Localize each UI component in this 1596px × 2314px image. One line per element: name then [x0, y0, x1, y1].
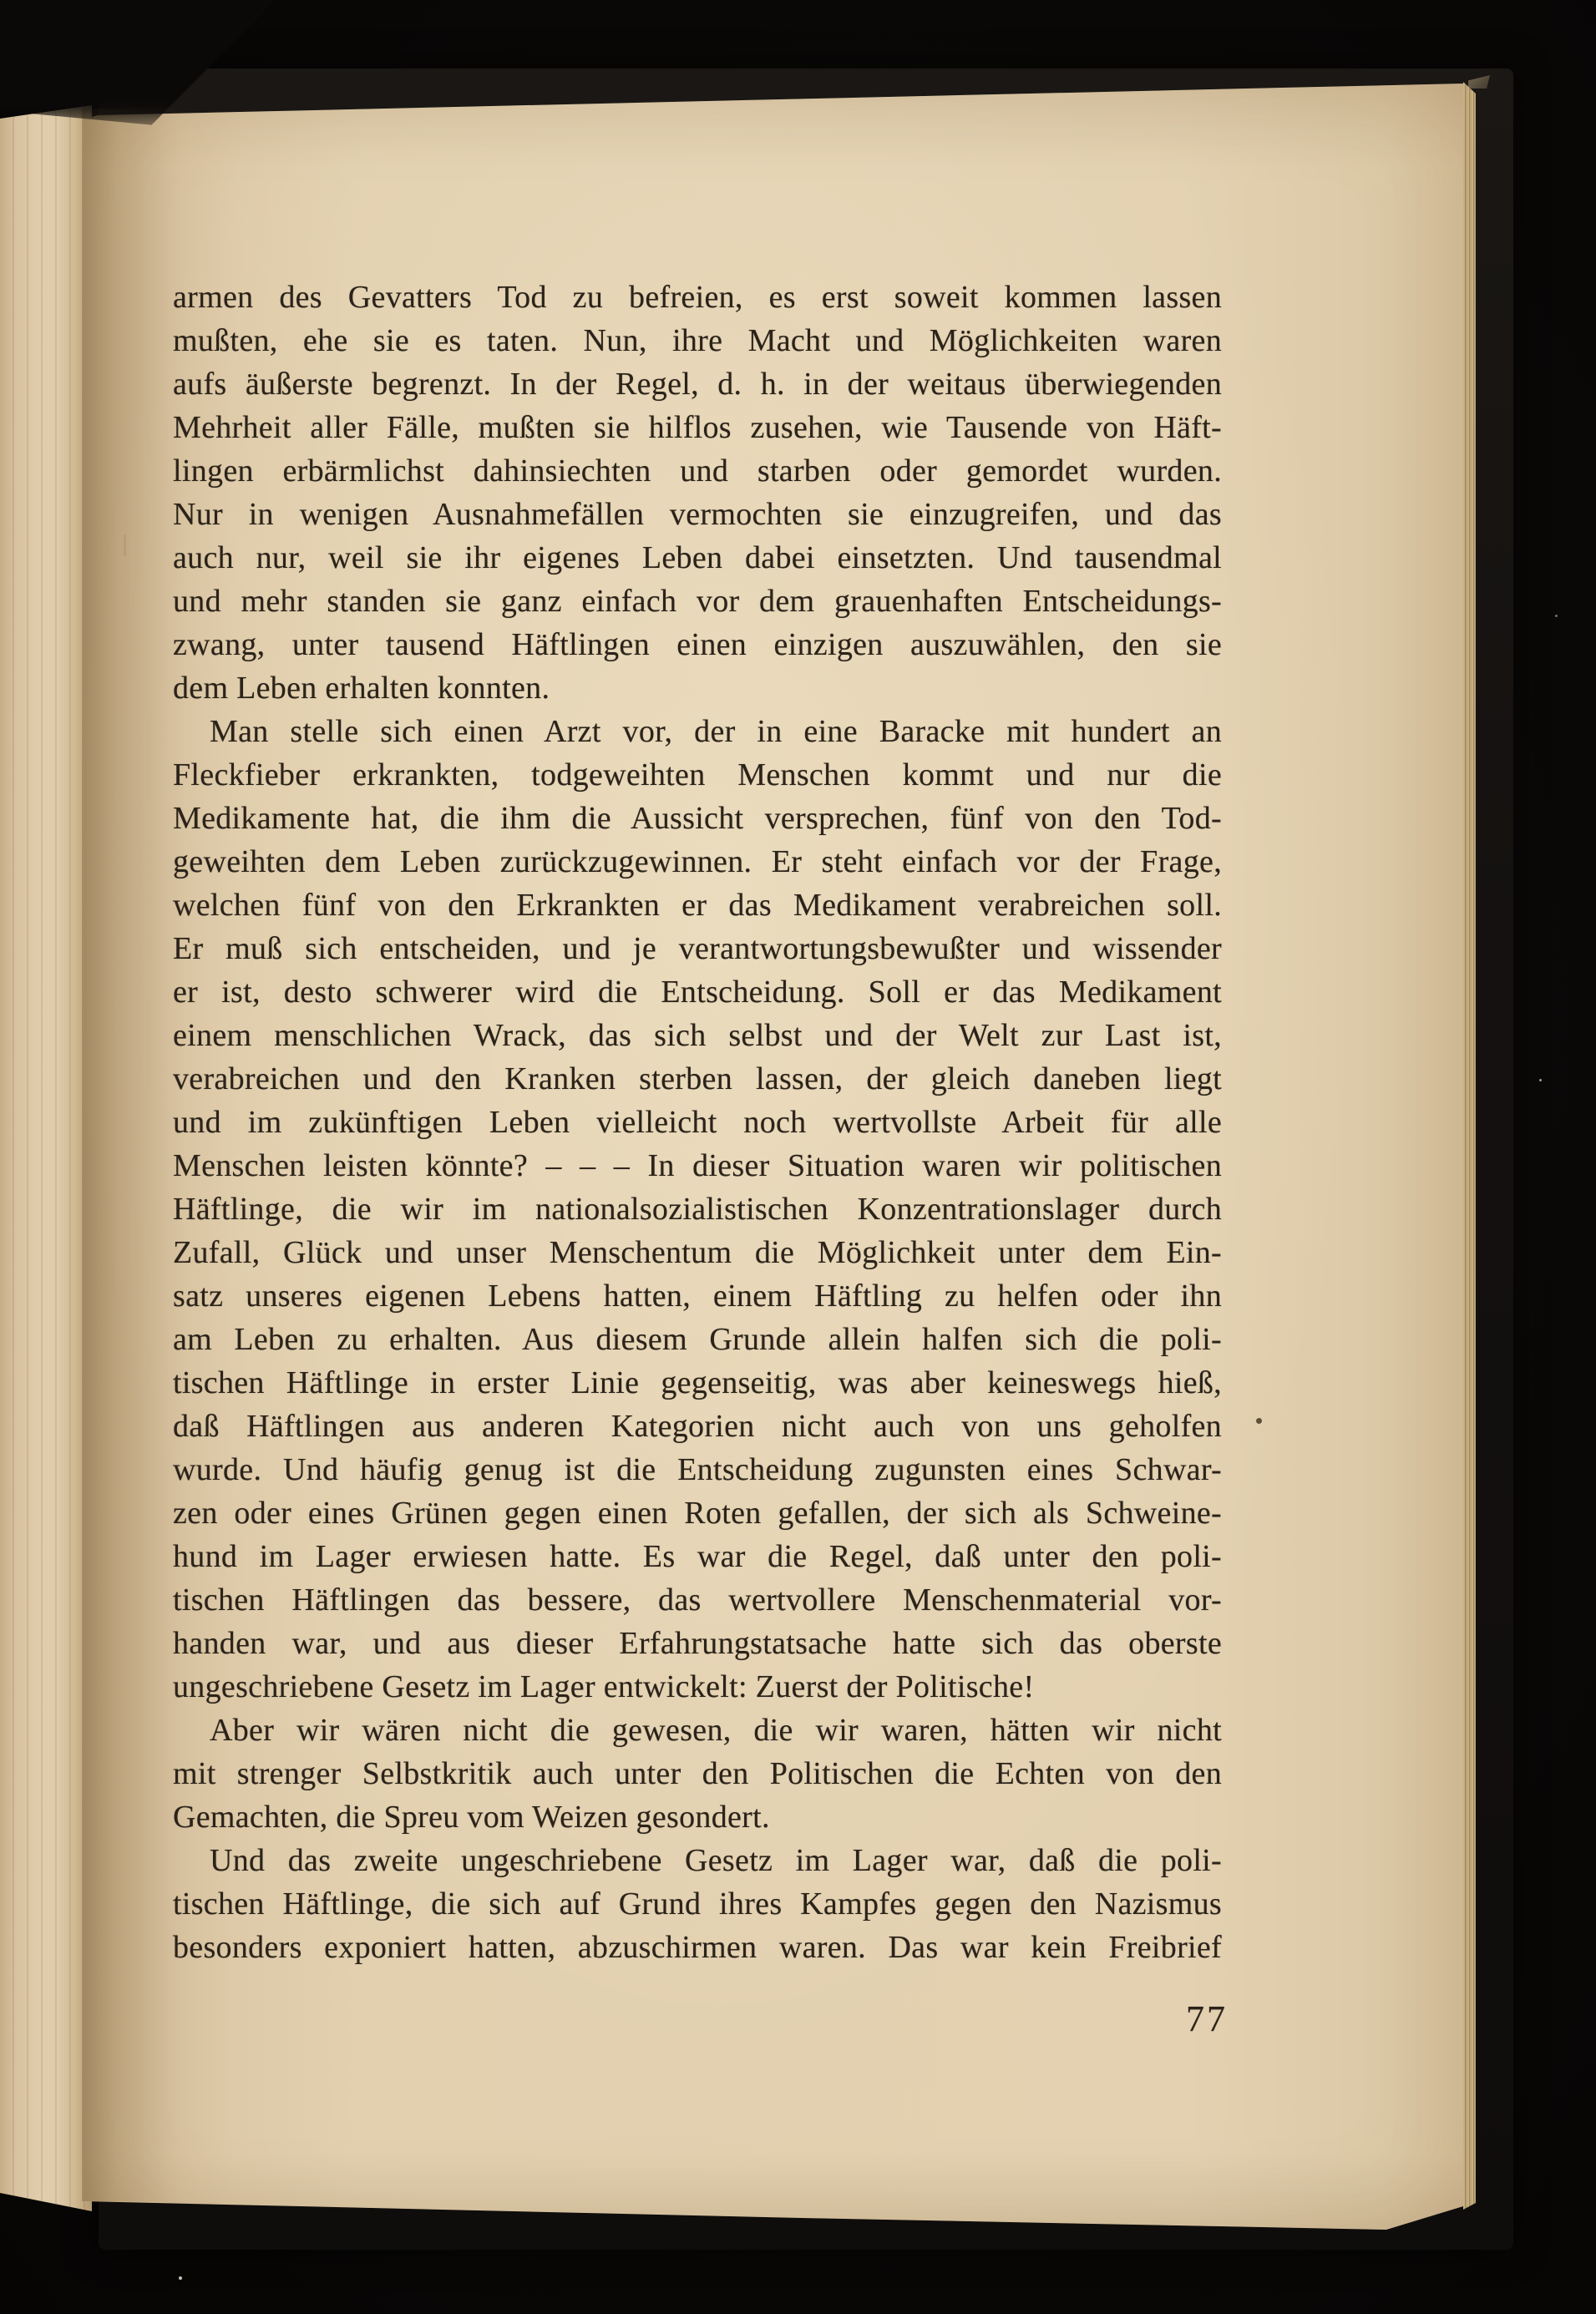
paper-mark [124, 534, 126, 556]
text-line: mußten, ehe sie es taten. Nun, ihre Mach… [173, 319, 1222, 362]
text-line: Fleckfieber erkrankten, todgeweihten Men… [173, 753, 1222, 797]
text-line: am Leben zu erhalten. Aus diesem Grunde … [173, 1318, 1222, 1361]
text-line: Er muß sich entscheiden, und je verantwo… [173, 927, 1222, 970]
paper-speck [1034, 436, 1039, 439]
text-line: verabreichen und den Kranken sterben las… [173, 1057, 1222, 1101]
text-line: Zufall, Glück und unser Menschentum die … [173, 1231, 1222, 1274]
page-text: armen des Gevatters Tod zu befreien, es … [173, 276, 1222, 1969]
text-line: Nur in wenigen Ausnahmefällen vermochten… [173, 493, 1222, 536]
left-page-edge [0, 105, 92, 2216]
text-line: wurde. Und häufig genug ist die Entschei… [173, 1448, 1222, 1491]
dust-speck [1539, 1079, 1542, 1081]
text-line: Man stelle sich einen Arzt vor, der in e… [173, 710, 1222, 753]
text-line: handen war, und aus dieser Erfahrungstat… [173, 1622, 1222, 1665]
book-photo: armen des Gevatters Tod zu befreien, es … [0, 0, 1596, 2314]
text-line: daß Häftlingen aus anderen Kategorien ni… [173, 1405, 1222, 1448]
gutter-shadow [82, 109, 182, 2201]
paragraph: armen des Gevatters Tod zu befreien, es … [173, 276, 1222, 710]
text-line: hund im Lager erwiesen hatte. Es war die… [173, 1535, 1222, 1578]
paper-speck [1256, 1418, 1262, 1424]
text-line: ungeschriebene Gesetz im Lager entwickel… [173, 1665, 1222, 1709]
text-line: Mehrheit aller Fälle, mußten sie hilflos… [173, 406, 1222, 449]
text-line: auch nur, weil sie ihr eigenes Leben dab… [173, 536, 1222, 580]
page-number: 77 [1069, 1998, 1228, 2041]
text-line: dem Leben erhalten konnten. [173, 666, 1222, 710]
text-line: Medikamente hat, die ihm die Aussicht ve… [173, 797, 1222, 840]
text-line: und im zukünftigen Leben vielleicht noch… [173, 1101, 1222, 1144]
text-line: Und das zweite ungeschriebene Gesetz im … [173, 1839, 1222, 1882]
text-line: zwang, unter tausend Häftlingen einen ei… [173, 623, 1222, 666]
text-line: mit strenger Selbstkritik auch unter den… [173, 1752, 1222, 1795]
text-line: und mehr standen sie ganz einfach vor de… [173, 580, 1222, 623]
text-line: geweihten dem Leben zurückzugewinnen. Er… [173, 840, 1222, 884]
text-line: Häftlinge, die wir im nationalsozialisti… [173, 1187, 1222, 1231]
paragraph: Man stelle sich einen Arzt vor, der in e… [173, 710, 1222, 1709]
text-line: besonders exponiert hatten, abzuschirmen… [173, 1926, 1222, 1969]
text-line: Aber wir wären nicht die gewesen, die wi… [173, 1709, 1222, 1752]
text-line: satz unseres eigenen Lebens hatten, eine… [173, 1274, 1222, 1318]
dust-speck [1555, 615, 1558, 617]
text-line: tischen Häftlingen das bessere, das wert… [173, 1578, 1222, 1622]
text-line: zen oder eines Grünen gegen einen Roten … [173, 1491, 1222, 1535]
text-line: lingen erbärmlichst dahinsiechten und st… [173, 449, 1222, 493]
text-line: aufs äußerste begrenzt. In der Regel, d.… [173, 362, 1222, 406]
text-line: Menschen leisten könnte? – – – In dieser… [173, 1144, 1222, 1187]
text-line: tischen Häftlinge, die sich auf Grund ih… [173, 1882, 1222, 1926]
text-line: er ist, desto schwerer wird die Entschei… [173, 970, 1222, 1014]
text-line: welchen fünf von den Erkrankten er das M… [173, 884, 1222, 927]
dust-speck [179, 2276, 182, 2280]
text-line: Gemachten, die Spreu vom Weizen gesonder… [173, 1795, 1222, 1839]
text-line: einem menschlichen Wrack, das sich selbs… [173, 1014, 1222, 1057]
paragraph: Aber wir wären nicht die gewesen, die wi… [173, 1709, 1222, 1839]
text-line: tischen Häftlinge in erster Linie gegens… [173, 1361, 1222, 1405]
page-fore-edge [1463, 82, 1476, 2216]
text-line: armen des Gevatters Tod zu befreien, es … [173, 276, 1222, 319]
paragraph: Und das zweite ungeschriebene Gesetz im … [173, 1839, 1222, 1969]
